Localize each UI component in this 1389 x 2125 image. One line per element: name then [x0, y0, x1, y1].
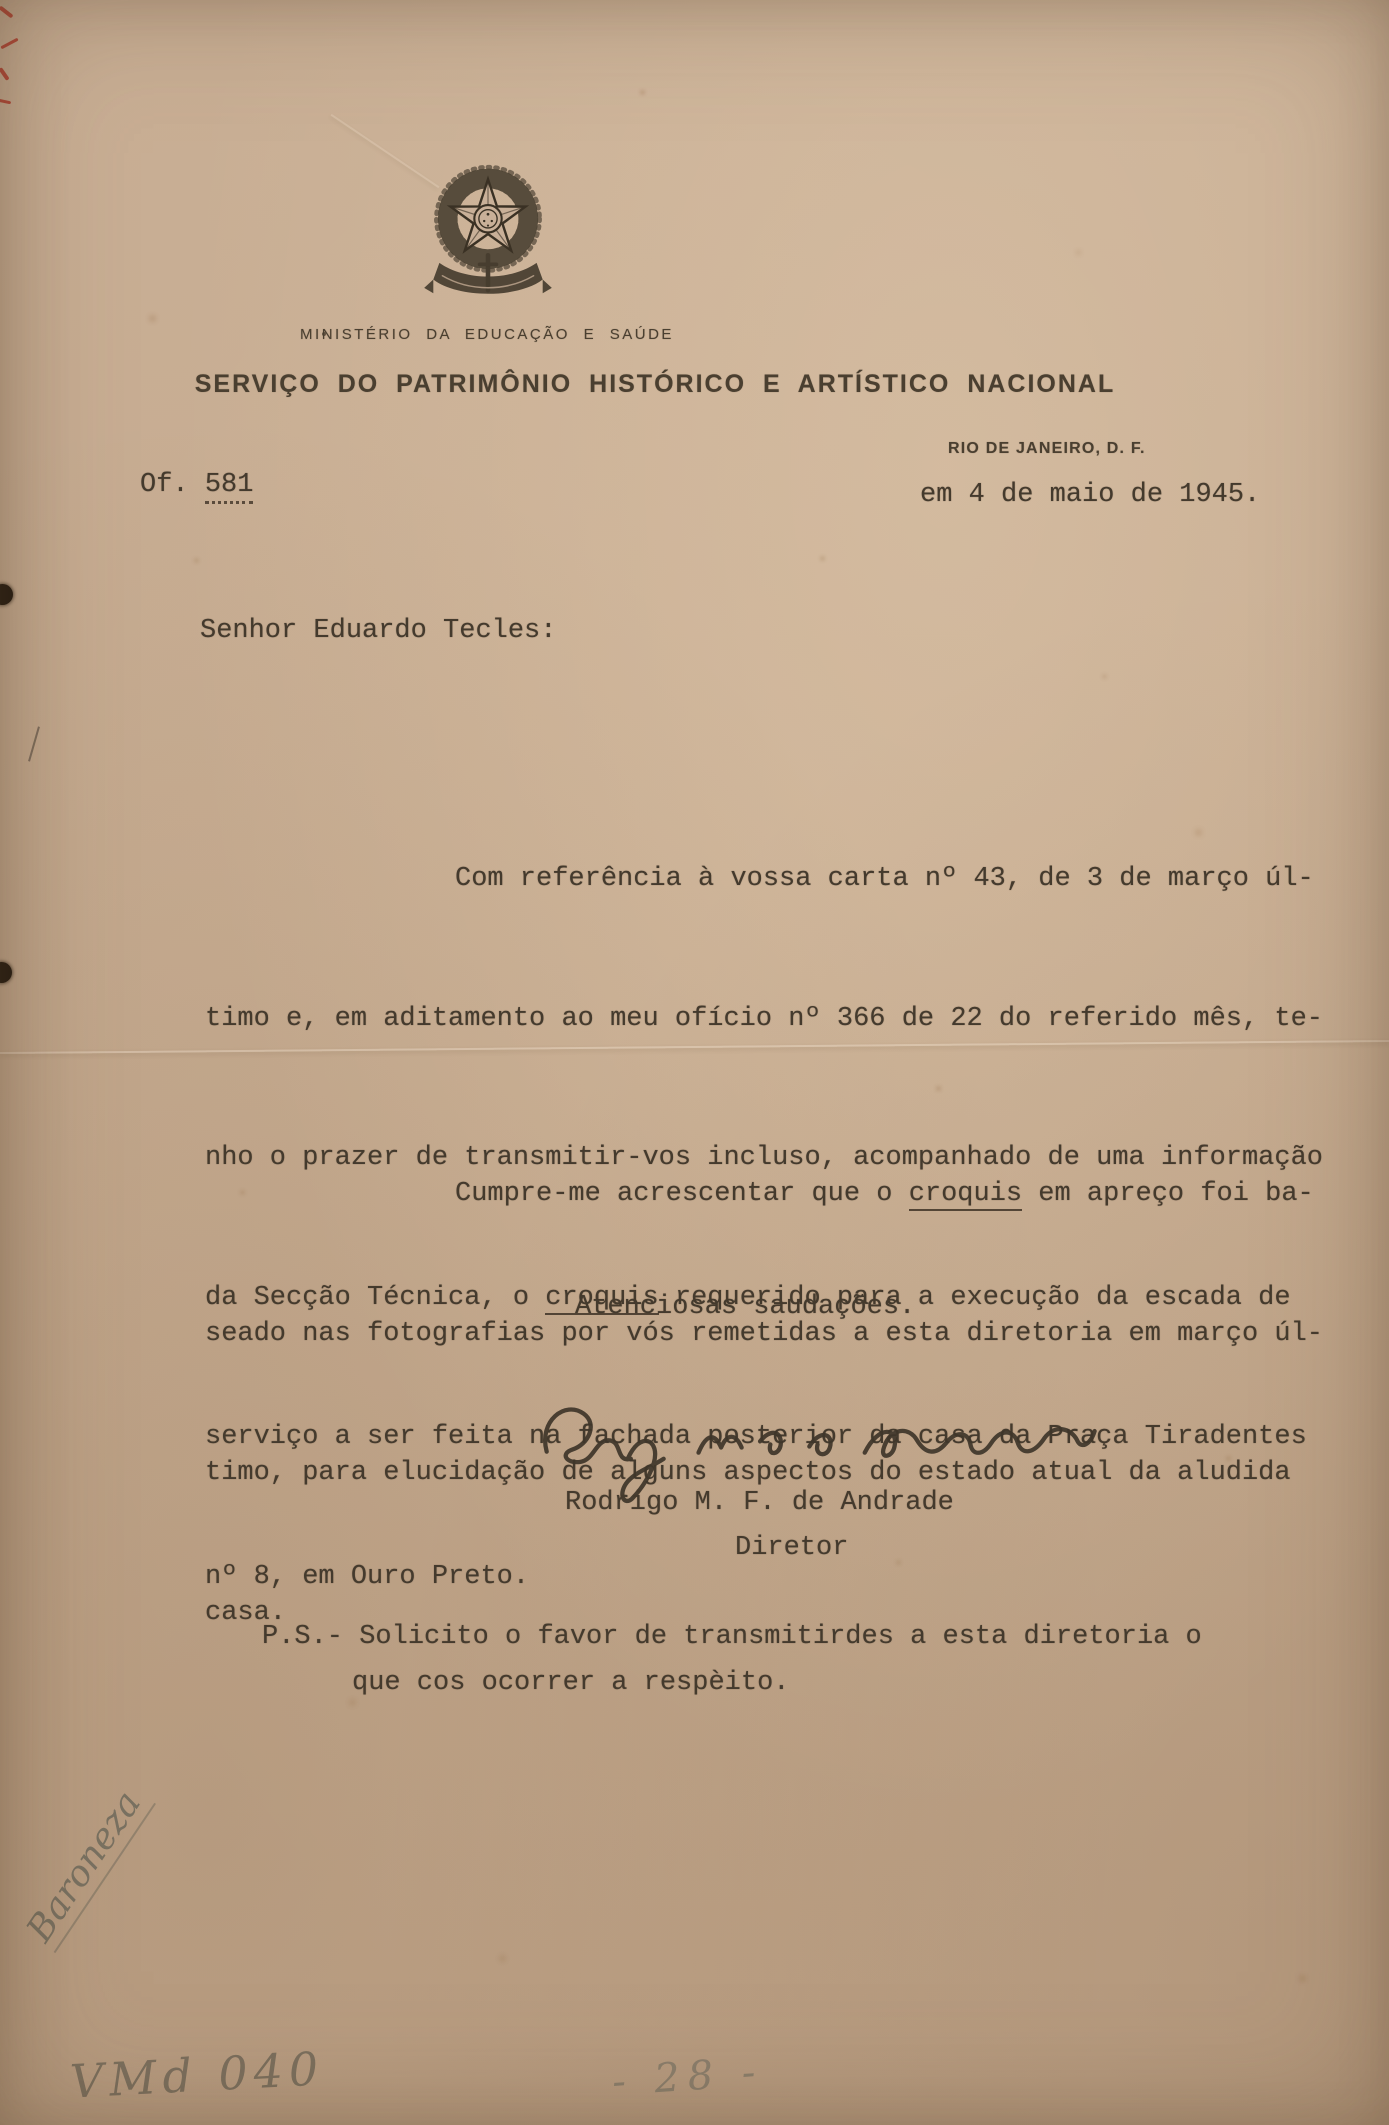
postscript-line2: que cos ocorrer a respèito.: [352, 1660, 789, 1707]
red-pencil-mark: [0, 38, 18, 50]
paragraph2-line1-post: em apreço foi ba-: [1022, 1179, 1314, 1209]
hole-punch: [0, 584, 13, 605]
scanned-letter-page: MINISTÉRIO DA EDUCAÇÃO E SAÚDE SERVIÇO D…: [0, 0, 1389, 2125]
signer-name: Rodrigo M. F. de Andrade: [565, 1480, 954, 1527]
closing-salutation: Atenciosas saudações.: [575, 1284, 915, 1331]
handwritten-margin-note: Baroneza: [18, 1779, 156, 1953]
reference-line: Of. 581: [140, 462, 253, 509]
brazil-coat-of-arms-icon: [412, 158, 564, 316]
letterhead-ministry: MINISTÉRIO DA EDUCAÇÃO E SAÚDE: [287, 326, 687, 343]
red-pencil-mark: [0, 5, 14, 18]
paragraph1-line2: timo e, em aditamento ao meu ofício nº 3…: [205, 996, 1350, 1043]
reference-label: Of.: [140, 470, 189, 500]
red-pencil-mark: [0, 99, 11, 105]
underlined-word-croquis: croquis: [909, 1179, 1022, 1211]
salutation: Senhor Eduardo Tecles:: [200, 608, 556, 655]
reference-spacer: [189, 470, 205, 500]
date-line: em 4 de maio de 1945.: [920, 472, 1260, 519]
paragraph2-line1-pre: Cumpre-me acrescentar que o: [455, 1179, 909, 1209]
paragraph1-line1: Com referência à vossa carta nº 43, de 3…: [205, 856, 1350, 903]
red-pencil-mark: [0, 67, 10, 81]
handwritten-page-number: - 28 -: [611, 2049, 765, 2105]
signer-title: Diretor: [735, 1525, 848, 1572]
margin-slash-mark: [28, 726, 40, 761]
postscript-line1: P.S.- Solicito o favor de transmitirdes …: [262, 1614, 1202, 1661]
handwritten-archive-code: VMd 040: [69, 2041, 326, 2108]
foxing-spots: [0, 0, 1, 1]
hole-punch: [0, 962, 12, 983]
paragraph2-line1: Cumpre-me acrescentar que o croquis em a…: [205, 1171, 1350, 1218]
letterhead-city-line: RIO DE JANEIRO, D. F.: [948, 440, 1146, 458]
letterhead-service: SERVIÇO DO PATRIMÔNIO HISTÓRICO E ARTÍST…: [155, 370, 1155, 399]
reference-number: 581: [205, 470, 254, 504]
